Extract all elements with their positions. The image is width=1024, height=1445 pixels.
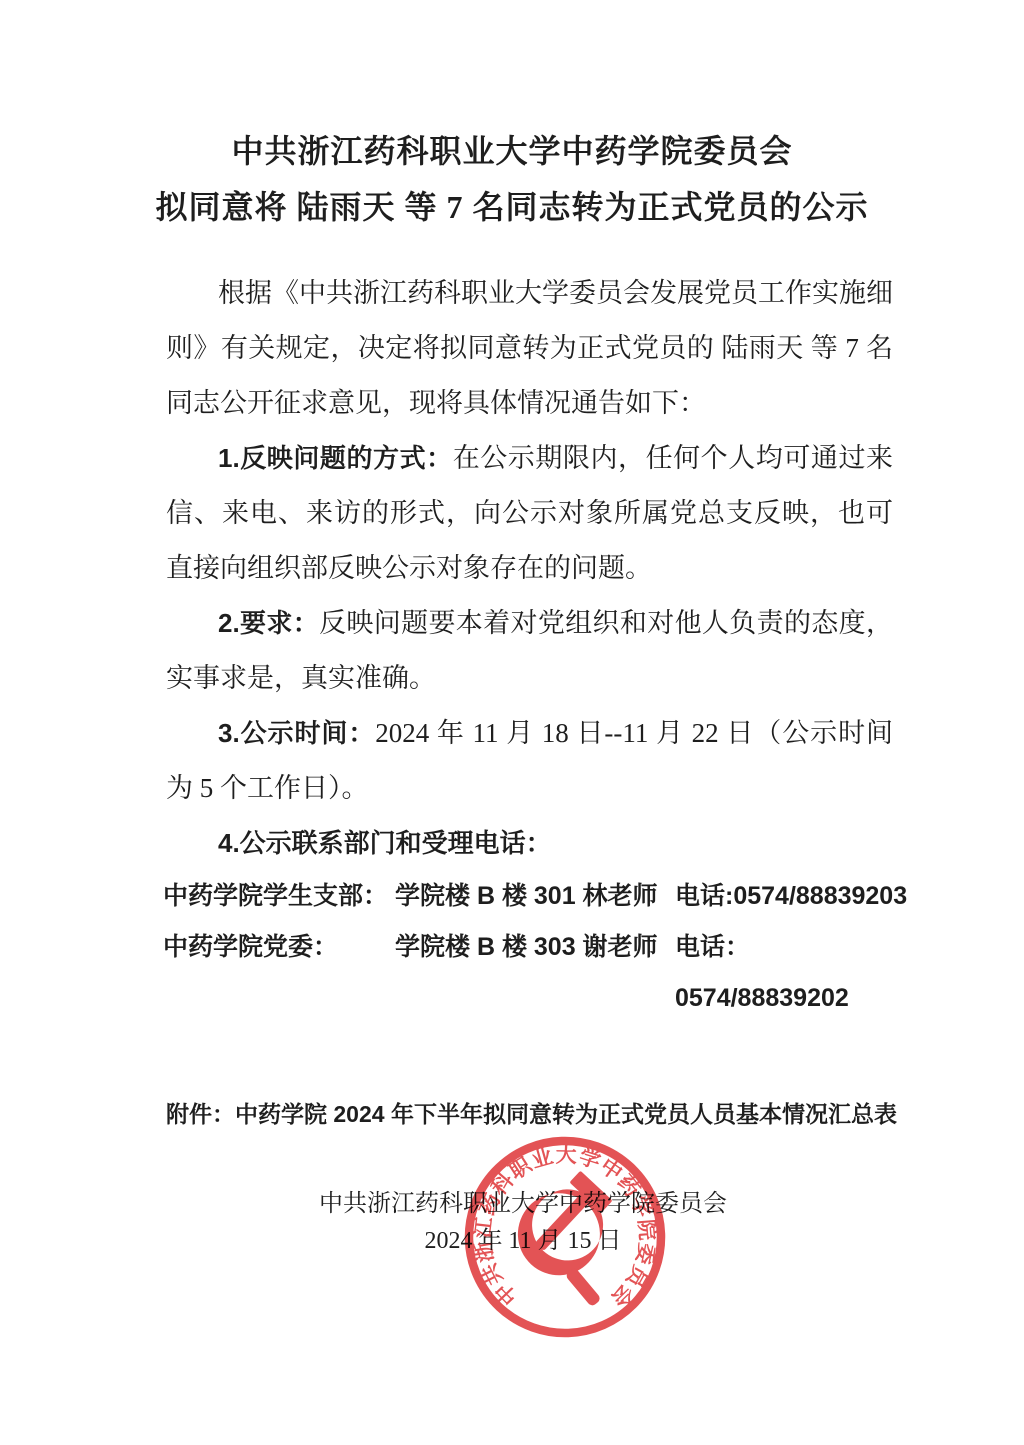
- hammer-sickle-icon: [516, 1170, 617, 1310]
- doc-title-line2: 拟同意将 陆雨天 等 7 名同志转为正式党员的公示: [0, 186, 1024, 228]
- contact-row-party-committee: 中药学院党委： 学院楼 B 楼 303 谢老师 电话：0574/88839202: [163, 922, 914, 1024]
- doc-body: 根据《中共浙江药科职业大学委员会发展党员工作实施细则》有关规定，决定将拟同意转为…: [166, 266, 893, 871]
- seal-ring: [466, 1138, 665, 1337]
- contact-row-student-branch: 中药学院学生支部： 学院楼 B 楼 301 林老师 电话:0574/888392…: [163, 871, 914, 922]
- contact-location: 学院楼 B 楼 303 谢老师: [395, 922, 675, 1024]
- doc-title-line1: 中共浙江药科职业大学中药学院委员会: [0, 130, 1024, 172]
- item-4-lead: 4.公示联系部门和受理电话：: [218, 828, 552, 858]
- item-4-paragraph: 4.公示联系部门和受理电话：: [166, 816, 893, 871]
- contact-department: 中药学院党委：: [163, 922, 395, 1024]
- contact-department: 中药学院学生支部：: [163, 871, 395, 922]
- item-1-lead: 1.反映问题的方式：: [218, 443, 453, 473]
- intro-paragraph: 根据《中共浙江药科职业大学委员会发展党员工作实施细则》有关规定，决定将拟同意转为…: [166, 266, 893, 431]
- contact-list: 中药学院学生支部： 学院楼 B 楼 301 林老师 电话:0574/888392…: [163, 871, 914, 1024]
- item-1-paragraph: 1.反映问题的方式：在公示期限内，任何个人均可通过来信、来电、来访的形式，向公示…: [166, 431, 893, 596]
- item-3-lead: 3.公示时间：: [218, 718, 375, 748]
- document-page: 中共浙江药科职业大学中药学院委员会 拟同意将 陆雨天 等 7 名同志转为正式党员…: [0, 0, 1024, 1445]
- attachment-note: 附件：中药学院 2024 年下半年拟同意转为正式党员人员基本情况汇总表: [166, 1092, 904, 1136]
- item-3-paragraph: 3.公示时间：2024 年 11 月 18 日--11 月 22 日（公示时间为…: [166, 706, 893, 816]
- item-2-lead: 2.要求：: [218, 608, 319, 638]
- official-seal-stamp: 中共浙江药科职业大学中药学院委员会: [455, 1127, 674, 1346]
- item-2-paragraph: 2.要求：反映问题要本着对党组织和对他人负责的态度，实事求是，真实准确。: [166, 596, 893, 706]
- contact-phone: 电话：0574/88839202: [675, 922, 914, 1024]
- contact-phone: 电话:0574/88839203: [675, 871, 914, 922]
- contact-location: 学院楼 B 楼 301 林老师: [395, 871, 675, 922]
